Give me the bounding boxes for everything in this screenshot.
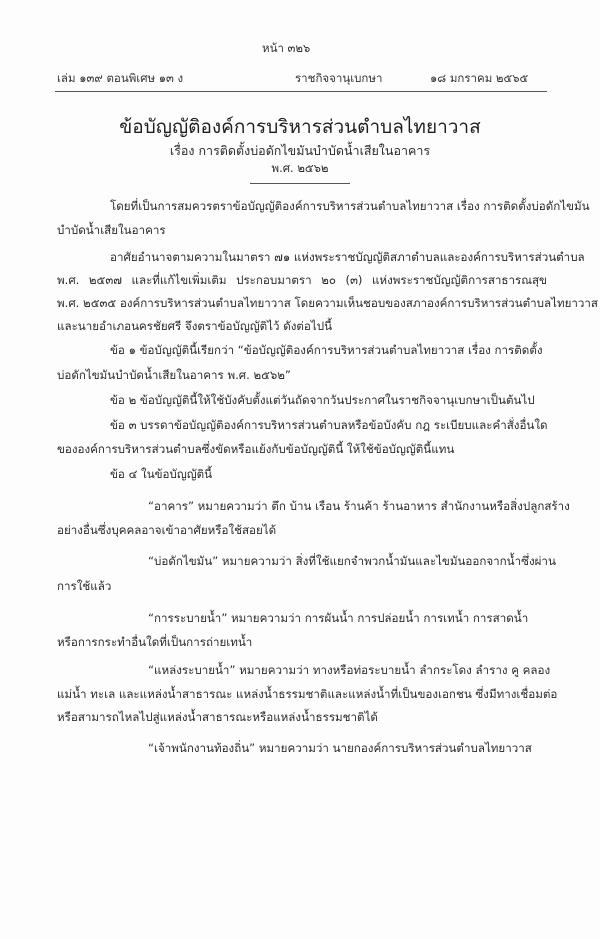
- document-year: พ.ศ. ๒๕๖๒: [0, 160, 600, 178]
- clause-1-line: ข้อ ๑ ข้อบัญญัตินี้เรียกว่า “ข้อบัญญัติอ…: [110, 342, 543, 360]
- definition-local-official: “เจ้าพนักงานท้องถิ่น” หมายความว่า นายกอง…: [148, 740, 532, 758]
- definition-drainage: “การระบายน้ำ” หมายความว่า การผันน้ำ การป…: [148, 610, 528, 628]
- definition-building: “อาคาร” หมายความว่า ตึก บ้าน เรือน ร้านค…: [148, 498, 570, 516]
- clause-3-line: ข้อ ๓ บรรดาข้อบัญญัติองค์การบริหารส่วนตำ…: [110, 417, 548, 435]
- title-divider: [250, 183, 350, 184]
- authority-line: พ.ศ. ๒๕๓๗ และที่แก้ไขเพิ่มเติม ประกอบมาต…: [57, 272, 547, 290]
- definition-drainage-source: “แหล่งระบายน้ำ” หมายความว่า ทางหรือท่อระ…: [148, 662, 550, 680]
- document-subject: เรื่อง การติดตั้งบ่อดักไขมันบำบัดน้ำเสีย…: [0, 141, 600, 161]
- clause-1-line: บ่อดักไขมันบำบัดน้ำเสียในอาคาร พ.ศ. ๒๕๖๒…: [57, 367, 291, 385]
- gazette-page: หน้า ๓๒๖ เล่ม ๑๓๙ ตอนพิเศษ ๑๓ ง ราชกิจจา…: [0, 0, 600, 939]
- gazette-name: ราชกิจจานุเบกษา: [295, 70, 382, 88]
- definition-grease-trap: การใช้แล้ว: [57, 578, 111, 596]
- definition-grease-trap: “บ่อดักไขมัน” หมายความว่า สิ่งที่ใช้แยกจ…: [148, 553, 556, 571]
- document-title: ข้อบัญญัติองค์การบริหารส่วนตำบลไทยาวาส: [0, 112, 600, 142]
- authority-line: อาศัยอำนาจตามความในมาตรา ๗๑ แห่งพระราชบั…: [110, 249, 585, 267]
- clause-3-line: ขององค์การบริหารส่วนตำบลซึ่งขัดหรือแย้งก…: [57, 441, 454, 459]
- preamble-line: โดยที่เป็นการสมควรตราข้อบัญญัติองค์การบร…: [110, 198, 590, 216]
- publication-date: ๑๘ มกราคม ๒๕๖๕: [430, 70, 528, 88]
- clause-2-line: ข้อ ๒ ข้อบัญญัตินี้ให้ใช้บังคับตั้งแต่วั…: [110, 392, 535, 410]
- clause-4-line: ข้อ ๔ ในข้อบัญญัตินี้: [110, 466, 212, 484]
- header-divider: [55, 91, 547, 92]
- definition-drainage: หรือการกระทำอื่นใดที่เป็นการถ่ายเทน้ำ: [57, 634, 252, 652]
- preamble-line: บำบัดน้ำเสียในอาคาร: [57, 222, 166, 240]
- definition-drainage-source: หรือสามารถไหลไปสู่แหล่งน้ำสาธารณะหรือแหล…: [57, 709, 378, 727]
- volume-info: เล่ม ๑๓๙ ตอนพิเศษ ๑๓ ง: [57, 70, 183, 88]
- authority-line: พ.ศ. ๒๕๓๕ องค์การบริหารส่วนตำบลไทยาวาส โ…: [57, 295, 547, 313]
- definition-building: อย่างอื่นซึ่งบุคคลอาจเข้าอาศัยหรือใช้สอย…: [57, 522, 276, 540]
- definition-drainage-source: แม่น้ำ ทะเล และแหล่งน้ำสาธารณะ แหล่งน้ำธ…: [57, 686, 547, 704]
- page-number: หน้า ๓๒๖: [262, 40, 310, 58]
- authority-line: และนายอำเภอนครชัยศรี จึงตราข้อบัญญัติไว้…: [57, 318, 332, 336]
